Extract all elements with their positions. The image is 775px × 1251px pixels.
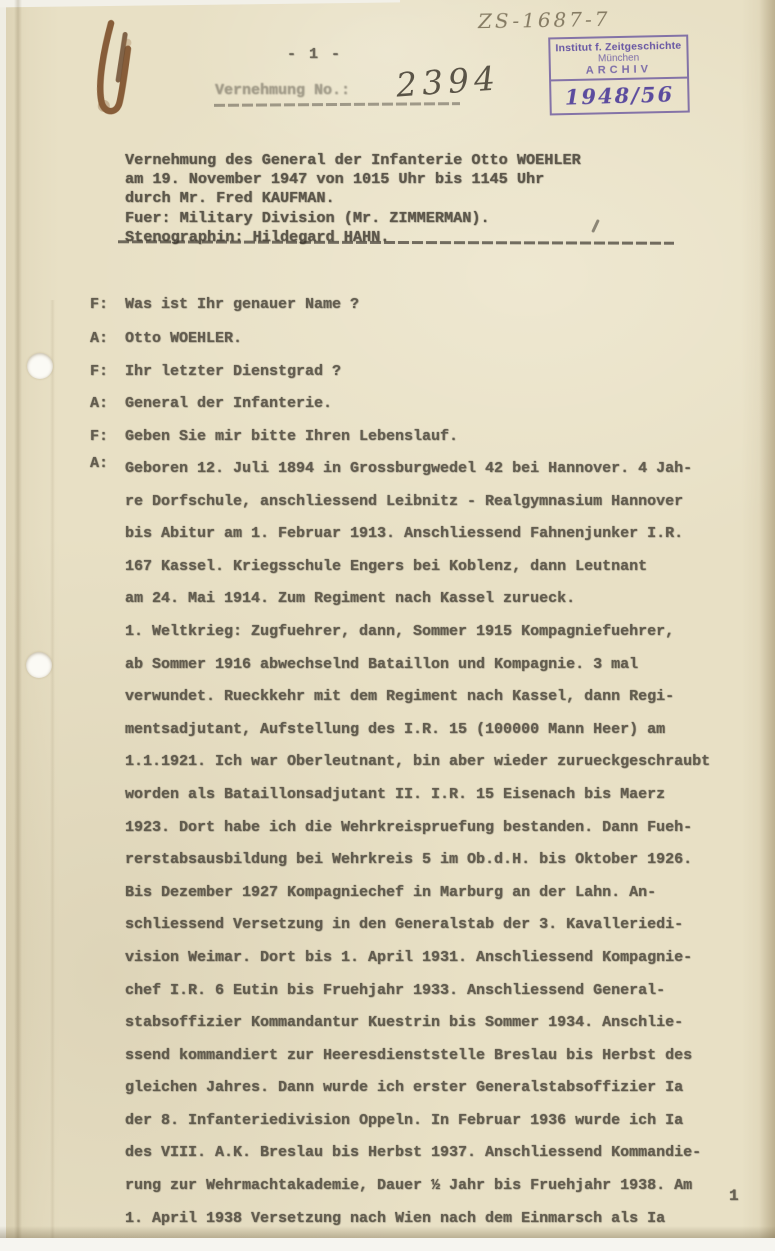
question-text: Was ist Ihr genauer Name ? [125,296,725,313]
archive-stamp-institute: Institut f. Zeitgeschichte München ARCHI… [550,37,687,82]
interrogation-number-label: Vernehmung No.: [215,82,350,99]
answer-label: A: [90,455,108,472]
question-label: F: [90,363,108,380]
answer-text: Otto WOEHLER. [125,330,725,347]
paper-crease-left [14,0,22,1251]
scanned-document-page: ZS-1687-7 Institut f. Zeitgeschichte Mün… [0,0,775,1251]
scanner-edge-left [0,0,6,1251]
interrogation-number-underline [214,102,460,107]
archive-stamp: Institut f. Zeitgeschichte München ARCHI… [548,35,690,116]
stamp-archiv-line: ARCHIV [553,63,685,78]
paper-edge-right-shadow [759,0,775,1251]
question-label: F: [90,428,108,445]
punch-hole-top [27,353,53,379]
punch-hole-bottom [26,652,52,678]
answer-text: General der Infanterie. [125,395,725,412]
paper-crease-left-2 [50,300,55,1250]
page-number-bottom: 1 [729,1187,739,1205]
pencil-archive-number: ZS-1687-7 [478,7,611,33]
scanner-edge-bottom [0,1238,775,1251]
answer-label: A: [90,395,108,412]
interrogation-header-block: Vernehmung des General der Infanterie Ot… [125,151,645,247]
answer-label: A: [90,330,108,347]
question-label: F: [90,296,108,313]
question-text: Ihr letzter Dienstgrad ? [125,363,725,380]
scanner-edge-top [0,0,400,8]
answer-text-long: Geboren 12. Juli 1894 in Grossburgwedel … [125,453,725,1235]
paperclip-rust-stain [90,16,147,124]
question-text: Geben Sie mir bitte Ihren Lebenslauf. [125,428,725,445]
page-number-top: - 1 - [287,46,342,63]
stamp-accession-number: 1948/56 [551,78,688,114]
interrogation-number-handwritten: 2394 [395,58,501,104]
